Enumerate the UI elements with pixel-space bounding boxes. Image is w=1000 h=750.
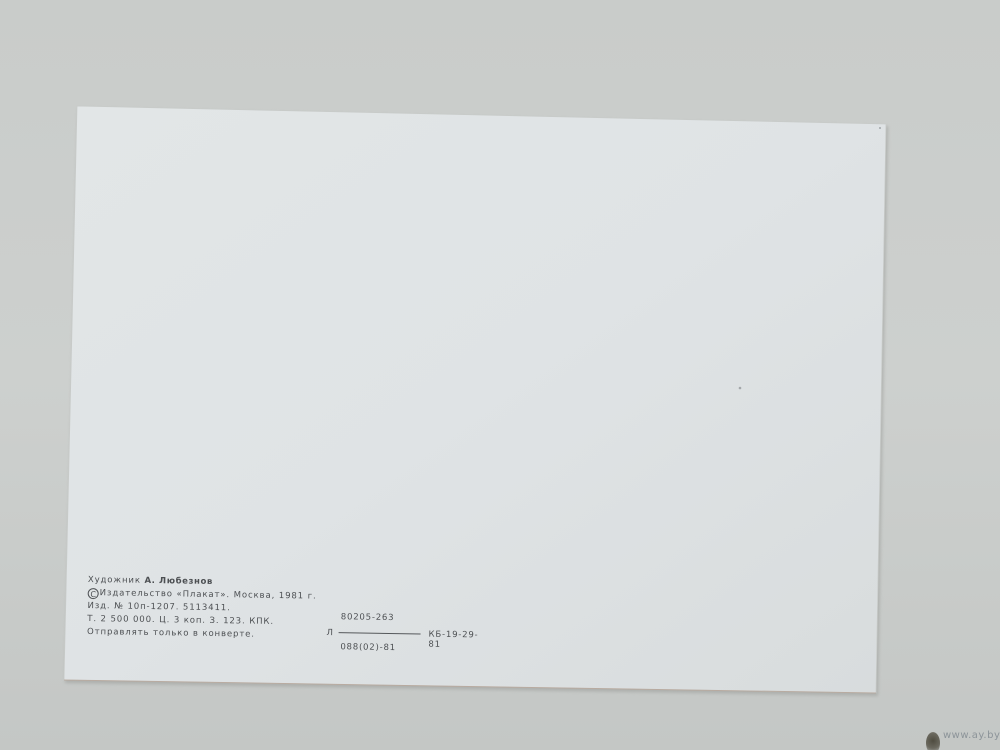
- code-suffix: КБ-19-29-81: [428, 630, 486, 651]
- publisher-imprint: Художник А. Любезнов CИздательство «Плак…: [87, 574, 317, 643]
- code-numerator: 80205-263: [341, 612, 395, 623]
- fraction-line: [339, 632, 421, 634]
- code-denominator: 088(02)-81: [340, 642, 396, 653]
- code-prefix: Л: [326, 628, 333, 638]
- artist-name: А. Любезнов: [144, 576, 213, 587]
- copyright-icon: C: [88, 588, 99, 599]
- artist-label: Художник: [88, 575, 141, 586]
- catalog-code: Л 80205-263 088(02)-81 КБ-19-29-81: [326, 606, 487, 659]
- speck: [739, 387, 742, 390]
- publisher-line: Издательство «Плакат». Москва, 1981 г.: [100, 588, 317, 601]
- dark-object: [926, 732, 940, 750]
- watermark: www.ay.by: [943, 730, 1000, 741]
- speck: [879, 127, 881, 129]
